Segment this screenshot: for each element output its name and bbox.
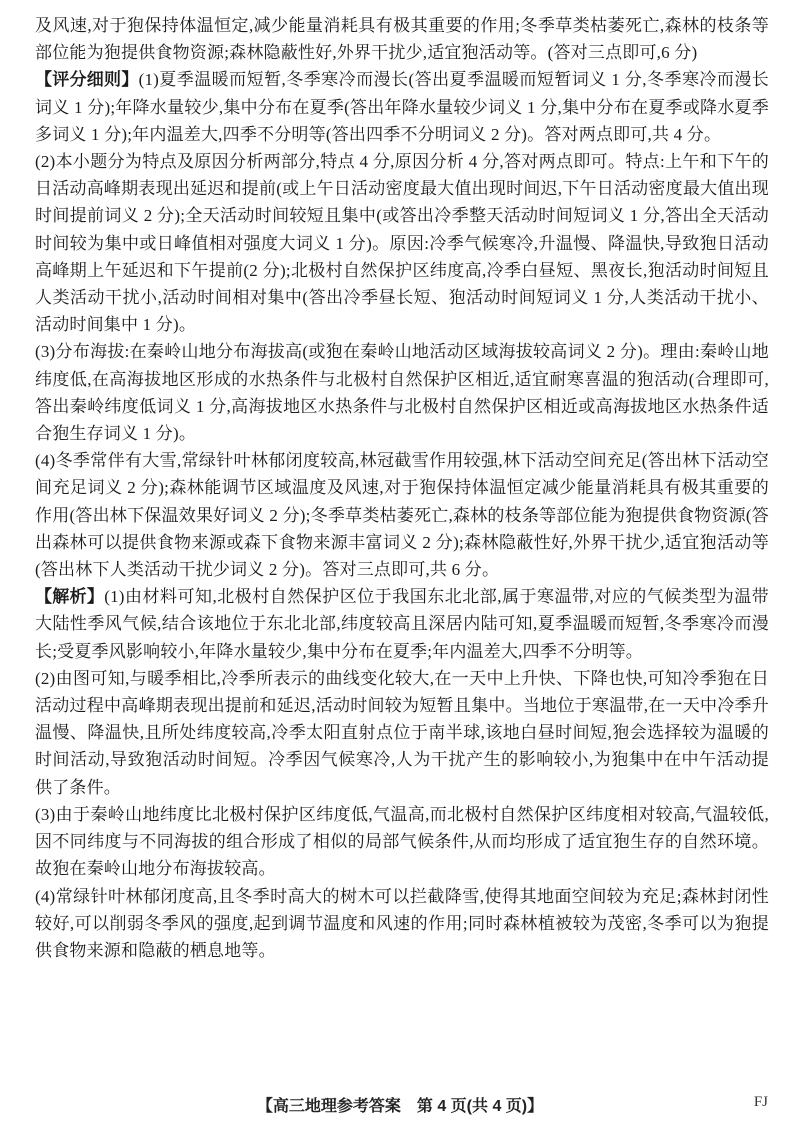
- answer-paragraph-scoring-rubric: 【评分细则】(1)夏季温暖而短暂,冬季寒冷而漫长(答出夏季温暖而短暂词义 1 分…: [35, 66, 769, 148]
- answer-paragraph-analysis-3: (3)由于秦岭山地纬度比北极村保护区纬度低,气温高,而北极村自然保护区纬度相对较…: [35, 801, 769, 883]
- answer-paragraph-analysis-4: (4)常绿针叶林郁闭度高,且冬季时高大的树木可以拦截降雪,使得其地面空间较为充足…: [35, 883, 769, 965]
- paragraph-text: (2)由图可知,与暖季相比,冷季所表示的曲线变化较大,在一天中上升快、下降也快,…: [35, 669, 769, 797]
- answer-paragraph-rubric-2: (2)本小题分为特点及原因分析两部分,特点 4 分,原因分析 4 分,答对两点即…: [35, 148, 769, 338]
- analysis-label: 【解析】: [35, 587, 104, 606]
- paragraph-text: 及风速,对于狍保持体温恒定,减少能量消耗具有极其重要的作用;冬季草类枯萎死亡,森…: [35, 16, 769, 62]
- answer-paragraph-rubric-3: (3)分布海拔:在秦岭山地分布海拔高(或狍在秦岭山地活动区域海拔较高词义 2 分…: [35, 338, 769, 447]
- paragraph-text: (1)由材料可知,北极村自然保护区位于我国东北北部,属于寒温带,对应的气候类型为…: [35, 587, 769, 660]
- scoring-rubric-label: 【评分细则】: [35, 70, 139, 89]
- paragraph-text: (3)由于秦岭山地纬度比北极村保护区纬度低,气温高,而北极村自然保护区纬度相对较…: [35, 805, 769, 878]
- answers-content: 及风速,对于狍保持体温恒定,减少能量消耗具有极其重要的作用;冬季草类枯萎死亡,森…: [35, 12, 769, 964]
- paragraph-text: (4)冬季常伴有大雪,常绿针叶林郁闭度较高,林冠截雪作用较强,林下活动空间充足(…: [35, 451, 769, 579]
- paragraph-text: (3)分布海拔:在秦岭山地分布海拔高(或狍在秦岭山地活动区域海拔较高词义 2 分…: [35, 342, 769, 443]
- answer-sheet-page: 及风速,对于狍保持体温恒定,减少能量消耗具有极其重要的作用;冬季草类枯萎死亡,森…: [0, 0, 800, 1137]
- answer-paragraph-rubric-4: (4)冬季常伴有大雪,常绿针叶林郁闭度较高,林冠截雪作用较强,林下活动空间充足(…: [35, 447, 769, 583]
- paragraph-text: (4)常绿针叶林郁闭度高,且冬季时高大的树木可以拦截降雪,使得其地面空间较为充足…: [35, 887, 769, 960]
- answer-paragraph-analysis-2: (2)由图可知,与暖季相比,冷季所表示的曲线变化较大,在一天中上升快、下降也快,…: [35, 665, 769, 801]
- footer-code: FJ: [754, 1094, 768, 1111]
- page-footer: 【高三地理参考答案 第 4 页(共 4 页)】 FJ: [0, 1093, 800, 1119]
- paragraph-text: (1)夏季温暖而短暂,冬季寒冷而漫长(答出夏季温暖而短暂词义 1 分,冬季寒冷而…: [35, 70, 769, 143]
- footer-page-info: 【高三地理参考答案 第 4 页(共 4 页)】: [0, 1093, 800, 1116]
- answer-paragraph-analysis-1: 【解析】(1)由材料可知,北极村自然保护区位于我国东北北部,属于寒温带,对应的气…: [35, 583, 769, 665]
- answer-paragraph-continuation: 及风速,对于狍保持体温恒定,减少能量消耗具有极其重要的作用;冬季草类枯萎死亡,森…: [35, 12, 769, 66]
- paragraph-text: (2)本小题分为特点及原因分析两部分,特点 4 分,原因分析 4 分,答对两点即…: [35, 152, 769, 334]
